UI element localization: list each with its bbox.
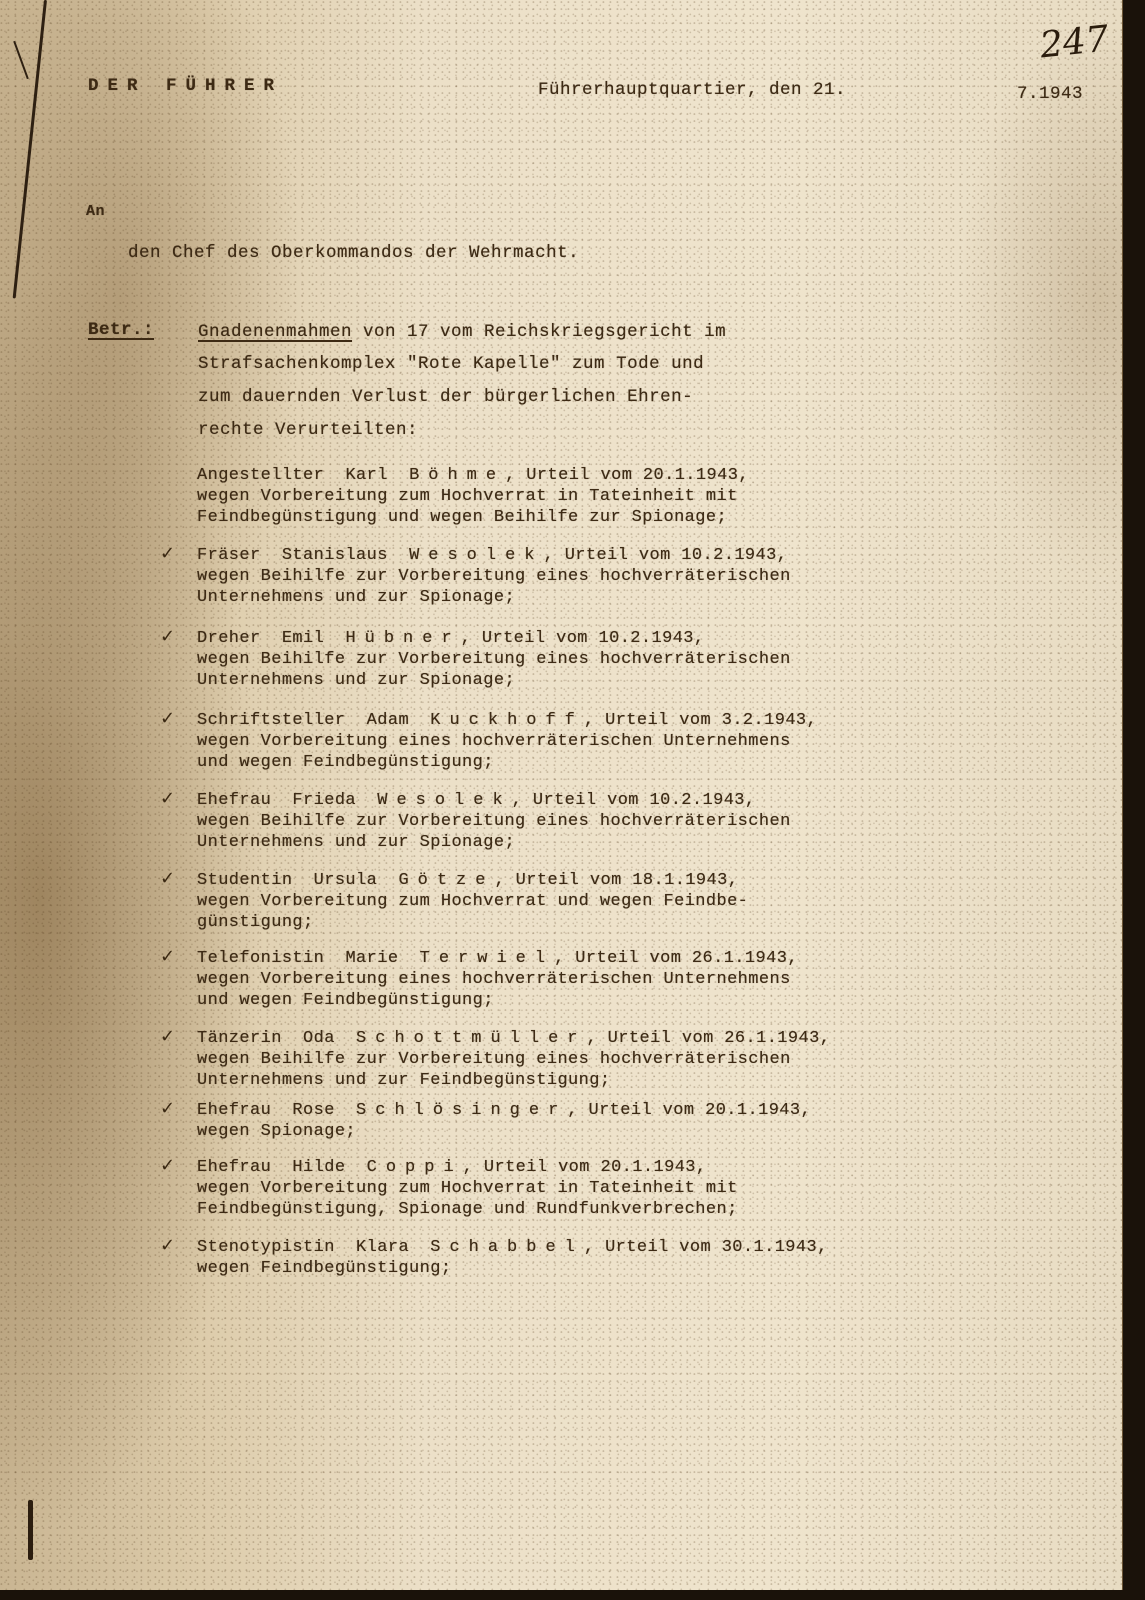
first-name: Emil — [282, 629, 346, 648]
convict-entry: Dreher Emil Hübner, Urteil vom 10.2.1943… — [197, 628, 791, 691]
entry-heading: Angestellter Karl Böhme, Urteil vom 20.1… — [197, 465, 749, 486]
surname: Kuckhoff — [430, 711, 584, 730]
document-page: 247 DER FÜHRER Führerhauptquartier, den … — [0, 0, 1123, 1590]
convict-entry: Fräser Stanislaus Wesolek, Urteil vom 10… — [197, 545, 791, 608]
occupation: Ehefrau — [197, 1158, 292, 1177]
first-name: Oda — [303, 1029, 356, 1048]
subject-line: zum dauernden Verlust der bürgerlichen E… — [198, 387, 693, 407]
first-name: Ursula — [314, 871, 399, 890]
charge-line: günstigung; — [197, 912, 748, 933]
entry-heading: Dreher Emil Hübner, Urteil vom 10.2.1943… — [197, 628, 791, 649]
first-name: Rose — [292, 1101, 356, 1120]
verdict-date: , Urteil vom 10.2.1943, — [512, 791, 756, 810]
subject-label: Betr.: — [88, 320, 154, 340]
charge-line: und wegen Feindbegünstigung; — [197, 752, 817, 773]
occupation: Stenotypistin — [197, 1238, 356, 1257]
margin-mark — [28, 1500, 33, 1560]
entry-heading: Schriftsteller Adam Kuckhoff, Urteil vom… — [197, 710, 817, 731]
first-name: Karl — [345, 466, 409, 485]
convict-entry: Studentin Ursula Götze, Urteil vom 18.1.… — [197, 870, 748, 933]
check-mark-icon: ✓ — [160, 788, 175, 809]
check-mark-icon: ✓ — [160, 626, 175, 647]
letterhead-place-date: Führerhauptquartier, den 21. — [538, 80, 846, 100]
check-mark-icon: ✓ — [160, 1155, 175, 1176]
surname: Wesolek — [377, 791, 511, 810]
first-name: Hilde — [292, 1158, 366, 1177]
entry-heading: Fräser Stanislaus Wesolek, Urteil vom 10… — [197, 545, 791, 566]
check-mark-icon: ✓ — [160, 708, 175, 729]
convict-entry: Ehefrau Rose Schlösinger, Urteil vom 20.… — [197, 1100, 811, 1142]
check-mark-icon: ✓ — [160, 946, 175, 967]
verdict-date: , Urteil vom 26.1.1943, — [586, 1029, 830, 1048]
convict-entry: Stenotypistin Klara Schabbel, Urteil vom… — [197, 1237, 828, 1279]
subject-line: Strafsachenkomplex "Rote Kapelle" zum To… — [198, 354, 704, 374]
surname: Hübner — [345, 629, 460, 648]
entry-heading: Ehefrau Frieda Wesolek, Urteil vom 10.2.… — [197, 790, 791, 811]
occupation: Studentin — [197, 871, 314, 890]
surname: Böhme — [409, 466, 505, 485]
verdict-date: , Urteil vom 20.1.1943, — [567, 1101, 811, 1120]
surname: Wesolek — [409, 546, 543, 565]
verdict-date: , Urteil vom 10.2.1943, — [461, 629, 705, 648]
occupation: Ehefrau — [197, 1101, 292, 1120]
charge-line: und wegen Feindbegünstigung; — [197, 990, 798, 1011]
charge-line: wegen Beihilfe zur Vorbereitung eines ho… — [197, 566, 791, 587]
check-mark-icon: ✓ — [160, 543, 175, 564]
verdict-date: , Urteil vom 26.1.1943, — [554, 949, 798, 968]
entry-heading: Ehefrau Hilde Coppi, Urteil vom 20.1.194… — [197, 1157, 738, 1178]
occupation: Angestellter — [197, 466, 345, 485]
check-mark-icon: ✓ — [160, 1026, 175, 1047]
convict-entry: Angestellter Karl Böhme, Urteil vom 20.1… — [197, 465, 749, 528]
charge-line: Feindbegünstigung, Spionage und Rundfunk… — [197, 1199, 738, 1220]
check-mark-icon: ✓ — [160, 868, 175, 889]
subject-line: rechte Verurteilten: — [198, 420, 418, 440]
verdict-date: , Urteil vom 20.1.1943, — [505, 466, 749, 485]
verdict-date: , Urteil vom 30.1.1943, — [584, 1238, 828, 1257]
entry-heading: Studentin Ursula Götze, Urteil vom 18.1.… — [197, 870, 748, 891]
charge-line: wegen Vorbereitung zum Hochverrat in Tat… — [197, 1178, 738, 1199]
entry-heading: Telefonistin Marie Terwiel, Urteil vom 2… — [197, 948, 798, 969]
first-name: Stanislaus — [282, 546, 409, 565]
entry-heading: Stenotypistin Klara Schabbel, Urteil vom… — [197, 1237, 828, 1258]
convict-entry: Schriftsteller Adam Kuckhoff, Urteil vom… — [197, 710, 817, 773]
check-mark-icon: ✓ — [160, 1098, 175, 1119]
convict-entry: Tänzerin Oda Schottmüller, Urteil vom 26… — [197, 1028, 830, 1091]
first-name: Marie — [345, 949, 419, 968]
occupation: Telefonistin — [197, 949, 345, 968]
handwritten-page-number: 247 — [1038, 19, 1111, 67]
charge-line: wegen Feindbegünstigung; — [197, 1258, 828, 1279]
surname: Schabbel — [430, 1238, 584, 1257]
subject-line: Gnadenenmahmen von 17 vom Reichskriegsge… — [198, 322, 726, 342]
occupation: Schriftsteller — [197, 711, 367, 730]
verdict-date: , Urteil vom 18.1.1943, — [494, 871, 738, 890]
first-name: Frieda — [292, 791, 377, 810]
occupation: Ehefrau — [197, 791, 292, 810]
surname: Coppi — [367, 1158, 463, 1177]
charge-line: Unternehmens und zur Spionage; — [197, 832, 791, 853]
charge-line: Unternehmens und zur Feindbegünstigung; — [197, 1070, 830, 1091]
entry-heading: Tänzerin Oda Schottmüller, Urteil vom 26… — [197, 1028, 830, 1049]
surname: Terwiel — [420, 949, 554, 968]
letterhead-date-suffix: 7.1943 — [1017, 84, 1083, 104]
addressee: den Chef des Oberkommandos der Wehrmacht… — [128, 243, 579, 263]
salutation-prefix: An — [86, 203, 105, 220]
occupation: Fräser — [197, 546, 282, 565]
occupation: Tänzerin — [197, 1029, 303, 1048]
subject-underlined-word: Gnadenenmahmen — [198, 322, 352, 342]
charge-line: wegen Vorbereitung zum Hochverrat in Tat… — [197, 486, 749, 507]
charge-line: wegen Vorbereitung zum Hochverrat und we… — [197, 891, 748, 912]
charge-line: Unternehmens und zur Spionage; — [197, 587, 791, 608]
entry-heading: Ehefrau Rose Schlösinger, Urteil vom 20.… — [197, 1100, 811, 1121]
surname: Götze — [398, 871, 494, 890]
charge-line: wegen Beihilfe zur Vorbereitung eines ho… — [197, 811, 791, 832]
charge-line: wegen Spionage; — [197, 1121, 811, 1142]
verdict-date: , Urteil vom 20.1.1943, — [463, 1158, 707, 1177]
first-name: Klara — [356, 1238, 430, 1257]
first-name: Adam — [367, 711, 431, 730]
convict-entry: Ehefrau Frieda Wesolek, Urteil vom 10.2.… — [197, 790, 791, 853]
letterhead-sender: DER FÜHRER — [88, 76, 283, 96]
charge-line: wegen Vorbereitung eines hochverräterisc… — [197, 969, 798, 990]
verdict-date: , Urteil vom 3.2.1943, — [584, 711, 817, 730]
surname: Schottmüller — [356, 1029, 586, 1048]
charge-line: wegen Beihilfe zur Vorbereitung eines ho… — [197, 1049, 830, 1070]
charge-line: wegen Vorbereitung eines hochverräterisc… — [197, 731, 817, 752]
charge-line: wegen Beihilfe zur Vorbereitung eines ho… — [197, 649, 791, 670]
check-mark-icon: ✓ — [160, 1235, 175, 1256]
occupation: Dreher — [197, 629, 282, 648]
charge-line: Feindbegünstigung und wegen Beihilfe zur… — [197, 507, 749, 528]
surname: Schlösinger — [356, 1101, 567, 1120]
charge-line: Unternehmens und zur Spionage; — [197, 670, 791, 691]
convict-entry: Telefonistin Marie Terwiel, Urteil vom 2… — [197, 948, 798, 1011]
convict-entry: Ehefrau Hilde Coppi, Urteil vom 20.1.194… — [197, 1157, 738, 1220]
verdict-date: , Urteil vom 10.2.1943, — [543, 546, 787, 565]
